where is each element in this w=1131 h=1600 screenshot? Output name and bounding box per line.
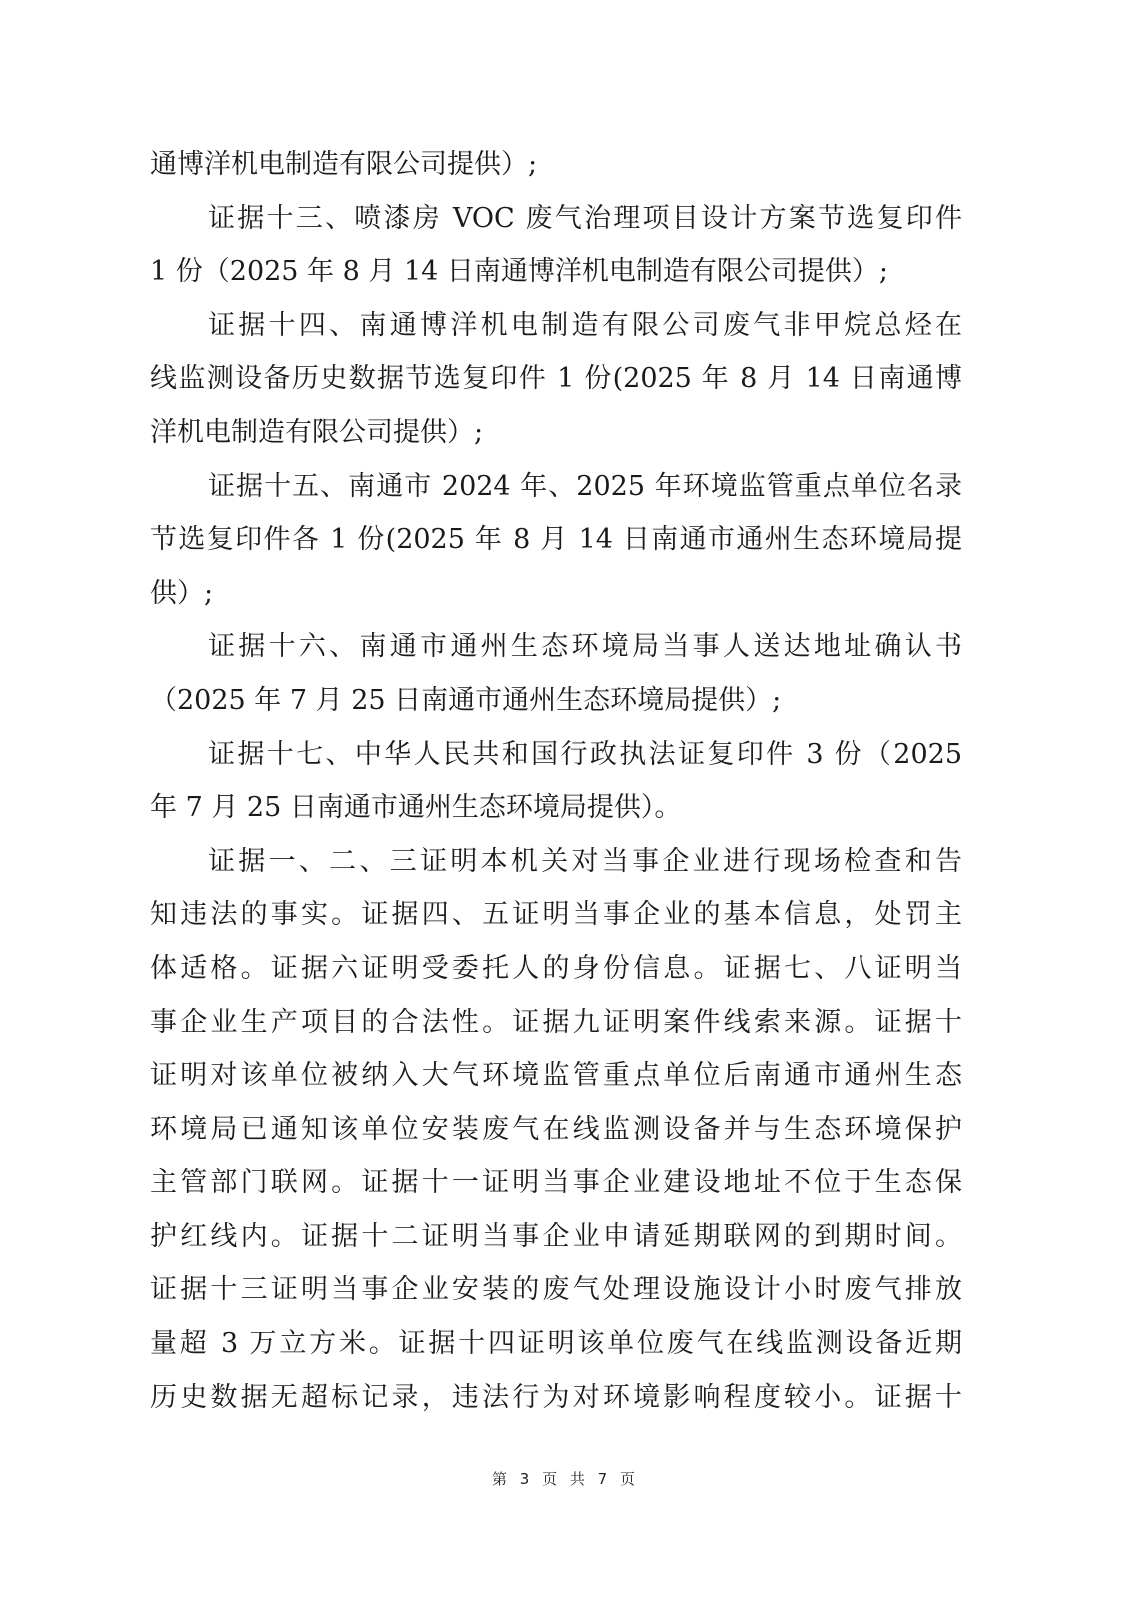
- text-line: 证据十五、南通市 2024 年、2025 年环境监管重点单位名录: [150, 460, 962, 514]
- text-line: 证据十四、南通博洋机电制造有限公司废气非甲烷总烃在: [150, 299, 962, 353]
- text-line: 历史数据无超标记录，违法行为对环境影响程度较小。证据十: [150, 1371, 962, 1425]
- document-page: 通博洋机电制造有限公司提供）; 证据十三、喷漆房 VOC 废气治理项目设计方案节…: [0, 0, 1131, 1600]
- text-line: 1 份（2025 年 8 月 14 日南通博洋机电制造有限公司提供）;: [150, 245, 962, 299]
- body-text: 通博洋机电制造有限公司提供）; 证据十三、喷漆房 VOC 废气治理项目设计方案节…: [150, 138, 962, 1424]
- text-line: 环境局已通知该单位安装废气在线监测设备并与生态环境保护: [150, 1103, 962, 1157]
- text-line: 主管部门联网。证据十一证明当事企业建设地址不位于生态保: [150, 1156, 962, 1210]
- text-line: 量超 3 万立方米。证据十四证明该单位废气在线监测设备近期: [150, 1317, 962, 1371]
- text-line: 证据一、二、三证明本机关对当事企业进行现场检查和告: [150, 835, 962, 889]
- text-line: 年 7 月 25 日南通市通州生态环境局提供）。: [150, 781, 962, 835]
- text-line: 证明对该单位被纳入大气环境监管重点单位后南通市通州生态: [150, 1049, 962, 1103]
- text-line: 证据十七、中华人民共和国行政执法证复印件 3 份（2025: [150, 728, 962, 782]
- page-number-footer: 第 3 页 共 7 页: [0, 1468, 1131, 1489]
- text-line: 体适格。证据六证明受委托人的身份信息。证据七、八证明当: [150, 942, 962, 996]
- text-line: 通博洋机电制造有限公司提供）;: [150, 138, 962, 192]
- text-line: （2025 年 7 月 25 日南通市通州生态环境局提供）;: [150, 674, 962, 728]
- text-line: 知违法的事实。证据四、五证明当事企业的基本信息，处罚主: [150, 888, 962, 942]
- text-line: 节选复印件各 1 份(2025 年 8 月 14 日南通市通州生态环境局提: [150, 513, 962, 567]
- text-line: 证据十三证明当事企业安装的废气处理设施设计小时废气排放: [150, 1263, 962, 1317]
- text-line: 供）;: [150, 567, 962, 621]
- text-line: 洋机电制造有限公司提供）;: [150, 406, 962, 460]
- text-line: 护红线内。证据十二证明当事企业申请延期联网的到期时间。: [150, 1210, 962, 1264]
- text-line: 证据十六、南通市通州生态环境局当事人送达地址确认书: [150, 620, 962, 674]
- text-line: 事企业生产项目的合法性。证据九证明案件线索来源。证据十: [150, 996, 962, 1050]
- text-line: 线监测设备历史数据节选复印件 1 份(2025 年 8 月 14 日南通博: [150, 352, 962, 406]
- text-line: 证据十三、喷漆房 VOC 废气治理项目设计方案节选复印件: [150, 192, 962, 246]
